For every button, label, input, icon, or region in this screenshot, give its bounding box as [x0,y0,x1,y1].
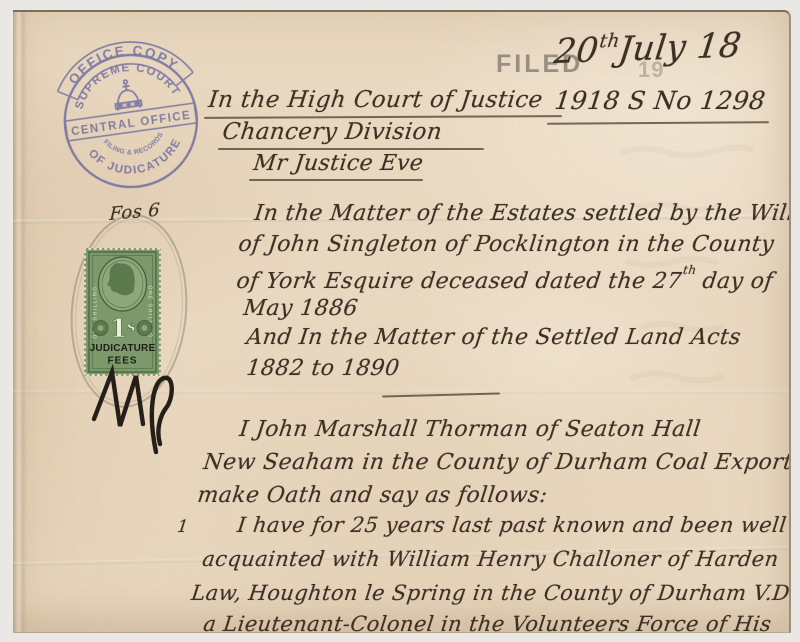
judicature-fees-revenue-stamp: ONE SHILLING ONE SHILLING 1s JUDICATURE … [84,248,161,376]
para1-line: I have for 25 years last past known and … [236,513,788,537]
paragraph-number: 1 [176,517,190,537]
case-reference: 1918 S No 1298 [553,86,767,115]
matter-line: May 1886 [242,296,359,321]
scanned-affidavit-document: OFFICE COPY SUPREME COURT OF JUDICATURE … [0,0,800,642]
matter-line: of John Singleton of Pocklington in the … [237,232,776,257]
oath-line: I John Marshall Thorman of Seaton Hall [238,417,702,442]
show-through-marks [613,112,783,412]
seal-bottom-arc-text: OF JUDICATURE [85,135,188,183]
judge-heading: Mr Justice Eve [252,151,425,176]
left-fold-shadow [13,12,27,632]
supreme-court-seal-stamp: OFFICE COPY SUPREME COURT OF JUDICATURE … [35,25,227,219]
matter-line: 1882 to 1890 [245,356,401,381]
seal-ribbon-text: OFFICE COPY [62,35,183,88]
matter-line: And In the Matter of the Settled Land Ac… [245,325,742,350]
matter-line-text: of York Esquire deceased dated the 27 [235,269,683,294]
matter-line: of York Esquire deceased dated the 27th … [235,263,775,294]
clerk-signature-mark [86,364,196,456]
para1-line: Law, Houghton le Spring in the County of… [190,581,791,605]
crown-icon [112,78,142,111]
division-heading: Chancery Division [221,119,444,145]
paper-sheet: OFFICE COPY SUPREME COURT OF JUDICATURE … [13,10,791,633]
para1-line: acquainted with William Henry Challoner … [201,547,780,571]
oath-line: make Oath and say as follows: [196,483,549,508]
filed-date-month-year: July 18 [616,25,743,69]
para1-line: a Lieutenant-Colonel in the Volunteers F… [202,612,773,633]
seal-band-text: CENTRAL OFFICE [70,110,192,139]
division-underline [218,148,484,150]
court-heading-underline [204,115,562,118]
judge-underline [249,179,423,181]
filed-date-handwritten: 20thJuly 18 [552,25,744,72]
matter-line: In the Matter of the Estates settled by … [253,201,791,226]
folio-note: Fos 6 [109,199,161,225]
filed-date-day: 20 [552,30,601,72]
stamp-overprint-line1: JUDICATURE [90,343,156,354]
oath-line: New Seaham in the County of Durham Coal … [202,450,791,475]
court-heading: In the High Court of Justice [207,87,544,113]
matter-line-text: day of [694,269,775,294]
